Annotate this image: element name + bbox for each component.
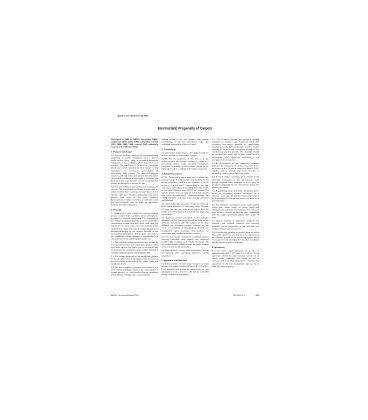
footer-method-number: TM 134-1991 <box>233 294 245 296</box>
section-heading: 2. Principle <box>111 208 158 211</box>
paragraph: 5.6 Test footwear consisting of clean, l… <box>212 203 259 218</box>
paragraph: 3.1 electrostatic propensity, n.—the abi… <box>162 151 209 156</box>
paragraph: 2.4 The test conditions selected corresp… <box>111 266 158 276</box>
paragraph: 4.4 Manufacturer's safety recommendation… <box>162 249 209 257</box>
doc-footer: AATCC Technical Manual/1995 TM 134-1991 … <box>111 294 259 296</box>
paragraph: 5.8 A conductive underlay or ground plan… <box>212 231 259 244</box>
section-heading: 3. Terminology <box>162 148 209 151</box>
paragraph: 5.5 A grounding strap and static dissipa… <box>212 190 259 203</box>
paragraph: 6.1 Cut each carpet specimen to a size o… <box>212 250 259 268</box>
paragraph: 5.7 Neolite sheeting or equivalent stand… <box>212 220 259 230</box>
text-columns: Developed in 1969 by AATCC Committee RA3… <box>111 138 259 291</box>
paragraph: NOTE: For the purposes of this test, it … <box>162 158 209 171</box>
document-page: AATCC Test Method 134-1991 Electrostatic… <box>111 112 259 304</box>
section-heading: 6. Specimens <box>212 246 259 249</box>
paragraph: 2.2 The electrical voltage generated on … <box>111 241 158 254</box>
column-1: Developed in 1969 by AATCC Committee RA3… <box>111 138 158 291</box>
paragraph: 5.3 An electrometer or high impedance vo… <box>212 162 259 175</box>
section-heading: 4. Safety Precautions <box>162 173 209 176</box>
section-heading: 1. Purpose and Scope <box>111 150 158 153</box>
footer-right-group: TM 134-1991 237 <box>233 294 259 296</box>
column-3: 5.2 The chamber should be insulated agai… <box>212 138 259 291</box>
paragraph: 2.1 Buildup of a static charge on a pers… <box>111 212 158 240</box>
paragraph: 2.3 The voltage observed at the equilibr… <box>111 255 158 265</box>
paragraph: walking action of the test persons and u… <box>162 138 209 146</box>
column-2: walking action of the test persons and u… <box>162 138 209 291</box>
doc-header-method-number: AATCC Test Method 134-1991 <box>118 115 149 118</box>
paragraph: 4.1 Good laboratory practices should be … <box>162 203 209 216</box>
paragraph: 4.3 The test person should be cautioned … <box>162 235 209 248</box>
doc-title: Electrostatic Propensity of Carpets <box>111 127 259 131</box>
footer-page-number: 237 <box>256 294 259 296</box>
section-heading: 5. Apparatus and Materials <box>162 259 209 262</box>
history-note: Developed in 1969 by AATCC Committee RA3… <box>111 138 158 148</box>
paragraph: 1.2 This test method is intended for the… <box>111 186 158 206</box>
paragraph: 4.2 Exposure of test personnel to the vo… <box>162 217 209 235</box>
paragraph: 5.2 The chamber should be insulated agai… <box>212 138 259 161</box>
paragraph: 1.1 This test method assesses the static… <box>111 154 158 185</box>
paragraph: NOTE: These safety precautions are for i… <box>162 176 209 202</box>
paragraph: 5.1 A test chamber or room large enough … <box>162 263 209 276</box>
footer-manual-name: AATCC Technical Manual/1995 <box>111 294 139 296</box>
paragraph: 5.4 A hand probe consisting of a smooth … <box>212 176 259 189</box>
